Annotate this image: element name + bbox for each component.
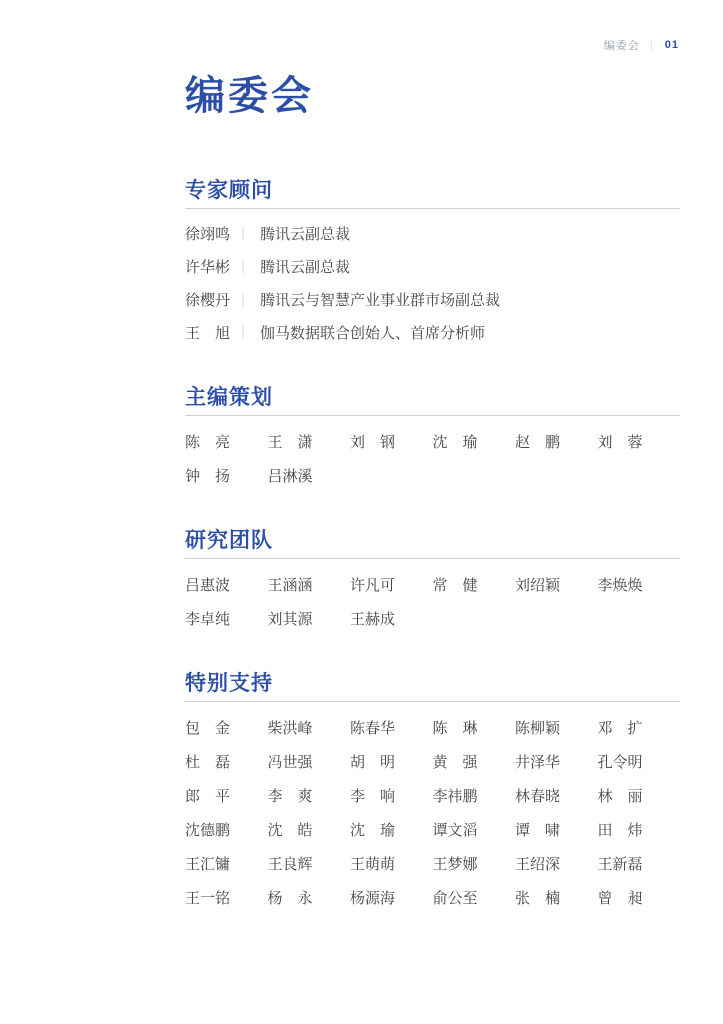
advisor-list: 徐翊鸣｜腾讯云副总裁许华彬｜腾讯云副总裁徐樱丹｜腾讯云与智慧产业事业群市场副总裁… <box>185 227 680 341</box>
member-name: 吕惠波 <box>185 578 268 593</box>
member-name: 李卓纯 <box>185 612 268 627</box>
member-name: 沈 皓 <box>268 823 351 838</box>
member-name: 黄 强 <box>433 755 516 770</box>
member-name: 吕淋溪 <box>268 469 351 484</box>
member-name: 刘绍颖 <box>515 578 598 593</box>
member-name: 沈 瑜 <box>433 435 516 450</box>
member-name: 李祎鹏 <box>433 789 516 804</box>
advisor-entry: 王 旭｜伽马数据联合创始人、首席分析师 <box>185 326 680 341</box>
member-name: 王汇镛 <box>185 857 268 872</box>
member-name: 柴洪峰 <box>268 721 351 736</box>
member-name: 林春晓 <box>515 789 598 804</box>
name-role-separator: ｜ <box>236 227 250 241</box>
advisor-role: 腾讯云与智慧产业事业群市场副总裁 <box>260 293 500 308</box>
section-heading-research-team: 研究团队 <box>185 530 680 551</box>
member-name: 李 爽 <box>268 789 351 804</box>
member-name: 陈春华 <box>350 721 433 736</box>
advisor-role: 腾讯云副总裁 <box>260 260 350 275</box>
member-name: 谭 啸 <box>515 823 598 838</box>
member-name: 陈柳颖 <box>515 721 598 736</box>
member-name: 王梦娜 <box>433 857 516 872</box>
member-name: 杨 永 <box>268 891 351 906</box>
name-role-separator: ｜ <box>236 293 250 307</box>
advisor-name: 徐樱丹 <box>185 293 230 308</box>
member-name: 田 炜 <box>598 823 681 838</box>
member-name: 王萌萌 <box>350 857 433 872</box>
member-name: 刘其源 <box>268 612 351 627</box>
member-name: 胡 明 <box>350 755 433 770</box>
member-name: 李 响 <box>350 789 433 804</box>
member-name: 王新磊 <box>598 857 681 872</box>
member-name: 常 健 <box>433 578 516 593</box>
advisor-entry: 徐樱丹｜腾讯云与智慧产业事业群市场副总裁 <box>185 293 680 308</box>
advisor-entry: 徐翊鸣｜腾讯云副总裁 <box>185 227 680 242</box>
section-heading-special-support: 特别支持 <box>185 673 680 694</box>
research-team-name-grid: 吕惠波王涵涵许凡可常 健刘绍颖李焕焕李卓纯刘其源王赫成 <box>185 559 680 627</box>
name-role-separator: ｜ <box>236 326 250 340</box>
member-name: 包 金 <box>185 721 268 736</box>
section-chief-editors: 主编策划 陈 亮王 潇刘 钢沈 瑜赵 鹏刘 蓉钟 扬吕淋溪 <box>185 387 680 484</box>
member-name: 曾 昶 <box>598 891 681 906</box>
member-name: 沈德鹏 <box>185 823 268 838</box>
member-name: 王涵涵 <box>268 578 351 593</box>
section-heading-advisors: 专家顾问 <box>185 180 680 201</box>
member-name: 赵 鹏 <box>515 435 598 450</box>
member-name: 杨源海 <box>350 891 433 906</box>
member-name: 王赫成 <box>350 612 433 627</box>
member-name: 张 楠 <box>515 891 598 906</box>
member-name: 郎 平 <box>185 789 268 804</box>
member-name: 井泽华 <box>515 755 598 770</box>
member-name: 钟 扬 <box>185 469 268 484</box>
member-name: 刘 钢 <box>350 435 433 450</box>
advisor-name: 王 旭 <box>185 326 230 341</box>
section-divider <box>185 208 680 209</box>
special-support-name-grid: 包 金柴洪峰陈春华陈 琳陈柳颖邓 扩杜 磊冯世强胡 明黄 强井泽华孔令明郎 平李… <box>185 702 680 906</box>
advisor-entry: 许华彬｜腾讯云副总裁 <box>185 260 680 275</box>
member-name: 沈 瑜 <box>350 823 433 838</box>
member-name: 林 丽 <box>598 789 681 804</box>
advisor-role: 腾讯云副总裁 <box>260 227 350 242</box>
member-name: 李焕焕 <box>598 578 681 593</box>
document-page: 编委会 ｜ 01 编委会 专家顾问 徐翊鸣｜腾讯云副总裁许华彬｜腾讯云副总裁徐樱… <box>0 0 723 1024</box>
member-name: 王绍深 <box>515 857 598 872</box>
section-research-team: 研究团队 吕惠波王涵涵许凡可常 健刘绍颖李焕焕李卓纯刘其源王赫成 <box>185 530 680 627</box>
chief-editors-name-grid: 陈 亮王 潇刘 钢沈 瑜赵 鹏刘 蓉钟 扬吕淋溪 <box>185 416 680 484</box>
member-name: 孔令明 <box>598 755 681 770</box>
section-heading-chief-editors: 主编策划 <box>185 387 680 408</box>
member-name: 陈 琳 <box>433 721 516 736</box>
member-name: 冯世强 <box>268 755 351 770</box>
member-name: 王一铭 <box>185 891 268 906</box>
section-expert-advisors: 专家顾问 徐翊鸣｜腾讯云副总裁许华彬｜腾讯云副总裁徐樱丹｜腾讯云与智慧产业事业群… <box>185 180 680 341</box>
page-content: 编委会 专家顾问 徐翊鸣｜腾讯云副总裁许华彬｜腾讯云副总裁徐樱丹｜腾讯云与智慧产… <box>185 0 680 906</box>
member-name: 陈 亮 <box>185 435 268 450</box>
member-name: 谭文滔 <box>433 823 516 838</box>
member-name: 王 潇 <box>268 435 351 450</box>
name-role-separator: ｜ <box>236 260 250 274</box>
advisor-name: 徐翊鸣 <box>185 227 230 242</box>
member-name: 俞公至 <box>433 891 516 906</box>
member-name: 许凡可 <box>350 578 433 593</box>
member-name: 刘 蓉 <box>598 435 681 450</box>
member-name: 邓 扩 <box>598 721 681 736</box>
member-name: 王良辉 <box>268 857 351 872</box>
advisor-name: 许华彬 <box>185 260 230 275</box>
advisor-role: 伽马数据联合创始人、首席分析师 <box>260 326 485 341</box>
member-name: 杜 磊 <box>185 755 268 770</box>
page-title: 编委会 <box>185 76 680 116</box>
section-special-support: 特别支持 包 金柴洪峰陈春华陈 琳陈柳颖邓 扩杜 磊冯世强胡 明黄 强井泽华孔令… <box>185 673 680 906</box>
